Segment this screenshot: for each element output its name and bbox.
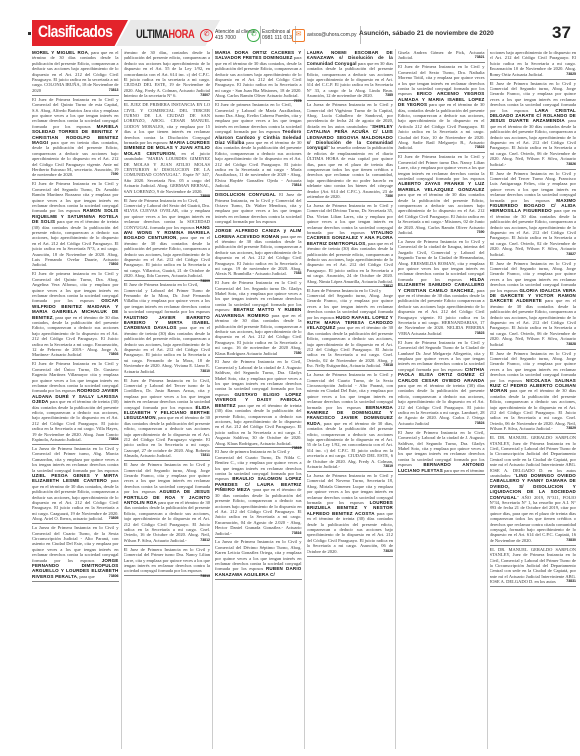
notice-body: -para que en el término de 30 días conta… [215, 487, 302, 535]
legal-notice: El Juez de Primera Instancia en lo Civil… [124, 281, 211, 376]
column-5: Gisela Andrea Gómez de Pick, Actuaria Ju… [398, 49, 488, 749]
column-2: término de 30 días, contados desde la pu… [124, 49, 214, 749]
newspaper-logo: ULTIMAHORA [136, 27, 194, 41]
notice-body: para que en el término de treinta (30) d… [215, 403, 302, 446]
notice-body: " ha resuelto ordenar la publicación de … [307, 145, 394, 199]
legal-notice: El Juez de Primera Instancia en lo Civil… [215, 358, 302, 448]
legal-notice: La Jueza de Primera Instancia en lo Civi… [398, 238, 485, 339]
notice-body: para que en el término de treinta (30) d… [32, 219, 119, 267]
bullet-mark [28, 32, 31, 35]
legal-notice: El Juez de Primera Instancia en lo Civil… [490, 260, 577, 350]
section-banner: Clasificados [32, 20, 128, 46]
legal-notice: El Juez de Primera Instancia en lo Civil… [124, 546, 211, 577]
notice-body: para que en el término de 30 días contad… [490, 388, 577, 431]
notice-code: 7385 [385, 93, 393, 98]
notice-code: 73803 [109, 352, 119, 357]
legal-notice: El Juez de Primera Instancia en lo Civil… [490, 80, 577, 170]
column-3: MARIA DORA ORTIZ CACERES Y SALVADOR FRET… [215, 49, 305, 749]
notice-body: para que en el término de 30 días, conta… [398, 102, 485, 150]
notice-body: para que en el término de 30 días contad… [490, 118, 577, 166]
section-title: Clasificados [38, 22, 112, 42]
notice-code: 73830 [566, 538, 576, 543]
notice-body: para que en el término de 30 días contad… [490, 208, 577, 256]
notice-body: para que en el término de 30 días contad… [215, 55, 302, 98]
notice-body: , para que en el término de 30 días cont… [32, 315, 119, 358]
legal-notice: EL DR. MANUEL GERALDO SARFLON STANLEY, J… [490, 434, 577, 546]
notice-body: , para que en el término de treinta (30)… [307, 241, 394, 284]
notice-intro: El Juez de Primera Instancia en lo Civil… [124, 282, 211, 314]
notice-intro: EL DR. MANUEL GERALDO SARFLON STANLEY, J… [490, 435, 577, 478]
notice-body: para que en el término [443, 468, 484, 473]
notice-code: 73824 [475, 421, 485, 426]
notice-body: Gisela Andrea Gómez de Pick, Actuaria Ju… [398, 50, 485, 60]
notice-intro: El Juez de Primera Instancia en lo Civil… [398, 154, 485, 181]
notice-body: , para que en el término de 30 días, con… [307, 421, 394, 469]
notice-body: para que en el término de 30 días contad… [490, 298, 577, 346]
notice-code: 73805 [109, 516, 119, 521]
legal-notice: El Juez de Primera Instancia en lo Civil… [215, 279, 302, 358]
legal-notice: El Juez de Primera Instancia en lo Civil… [32, 96, 119, 181]
notice-code: 73810 [200, 369, 210, 374]
legal-notice: El Juez de Primera Instancia en lo Civil… [32, 360, 119, 445]
notice-body: término de 30 días, contados desde la pu… [124, 50, 211, 98]
notice-body: para que en el término de 30 días contad… [307, 325, 394, 368]
legal-notice: La Jueza de Primera Instancia en lo Civi… [307, 202, 394, 287]
notice-code: 73821 [475, 55, 485, 60]
legal-notice: El Juez de Primera Instancia en lo Civil… [124, 197, 211, 282]
notice-intro: EL JUEZ DE PRIMERA INSTANCIA EN LO CIVIL… [124, 102, 211, 145]
notice-body: para que en treinta días contados, desde… [32, 140, 119, 177]
legal-notice: LAURA NOEMI ESCOBAR DE KANAZAWA s/ Disol… [307, 49, 394, 101]
legal-notice: término de 30 días, contados desde la pu… [124, 49, 211, 101]
legal-notice: El Juez de Primera Instancia en lo Civil… [490, 170, 577, 260]
legal-notice: El Juez de primera Instancia en lo Civil… [215, 101, 302, 191]
legal-notice: El Juez de Primera Instancia en lo Civil… [398, 339, 485, 429]
legal-notice: El Juez de Primera Instancia en lo Civil… [398, 429, 485, 476]
notice-code: 73818 [383, 363, 393, 368]
notice-body: para que en el término de treinta (30) d… [32, 399, 119, 442]
notice-body: " AÑO 2019, N°311, FOLIO N°34, Secretarí… [490, 495, 577, 543]
legal-notice: El Juez de Primera Instancia en lo Civil… [398, 153, 485, 238]
notice-code: 73817 [383, 284, 393, 289]
notice-intro: El Juez de Primera Instancia en lo Civil… [124, 547, 211, 574]
notice-code: 73831 [566, 579, 576, 584]
notice-code: 73829 [566, 426, 576, 431]
legal-notice: El Juez de Primera Instancia en lo Civil… [398, 63, 485, 153]
legal-notice: MOREL Y MIGUEL ROA, para que en el térmi… [32, 49, 119, 96]
notice-code: 73828 [566, 342, 576, 347]
page-header: Clasificados ULTIMAHORA ✆ Atención al cl… [32, 20, 580, 46]
notice-party-names: MARIA DORA ORTIZ CACERES Y SALVADOR FRET… [215, 50, 302, 60]
notice-code: 73825 [566, 72, 576, 77]
notice-code: 7378 [294, 99, 302, 104]
notice-code: 73806 [109, 574, 119, 579]
notice-body: para que en el término de treinta (30) d… [398, 383, 485, 426]
legal-notice: DISOLUCION CONYUGAL El Juez de Primera I… [215, 191, 302, 227]
notice-body: para que en el término de 30 días contad… [215, 313, 302, 356]
notice-code: 73827 [566, 252, 576, 257]
notice-code: 73819 [383, 464, 393, 469]
page-number: 37 [552, 23, 571, 43]
notice-code: 73812 [200, 538, 210, 543]
issue-date: Asunción, sábado 21 de noviembre de 2020 [359, 30, 494, 37]
contact-email: ✉ avisos@uhora.com.py [292, 26, 361, 44]
legal-notice: JORGE ALFREDO CANIZA y ALIM LORENA ACEVE… [215, 227, 302, 279]
notice-code: 73822 [475, 145, 485, 150]
notice-party-names: UZIEL PESOA GENES Y MIRTA ELIZABETH LESM… [32, 473, 119, 483]
notice-code: 73823 [475, 331, 485, 336]
classified-columns: MOREL Y MIGUEL ROA, para que en el térmi… [32, 49, 580, 749]
column-6: acciones bajo apercibimiento de lo dispu… [490, 49, 579, 749]
legal-notice: El Juez de Primera Instancia en lo Civil… [124, 377, 211, 462]
notice-code: 73808 [200, 194, 210, 199]
notice-body: para que en el término de 30 días contad… [215, 140, 302, 188]
notice-code: 73813 [109, 88, 119, 93]
legal-notice: La Jueza de Primera Instancia en lo Civi… [32, 524, 119, 582]
notice-code: 73816 [292, 531, 302, 536]
notice-body: , en el juicio caratulado: "MARIA LOURDE… [124, 151, 211, 194]
column-4: LAURA NOEMI ESCOBAR DE KANAZAWA s/ Disol… [307, 49, 397, 749]
notice-code: 73826 [566, 162, 576, 167]
notice-body: para que en el término de treinta (30) d… [307, 511, 394, 554]
notice-code: 73809 [200, 279, 210, 284]
notice-party-names: DISOLUCION CONYUGAL [215, 192, 276, 197]
notice-body: para que en el término de 30 días contad… [215, 234, 302, 277]
notice-code: 73813 [200, 574, 210, 579]
legal-notice: La Jueza de Primera Instancia en lo Civi… [307, 472, 394, 557]
notice-party-names: ALBERTO ZAYAS FRANKE Y LUZ MARIELA VELAZ… [398, 181, 485, 191]
notice-body: para que en el término de 30 días contad… [398, 192, 485, 235]
legal-notice: El Juez de primera instancia en lo Civil… [32, 270, 119, 360]
notice-body: , para que [77, 574, 95, 579]
legal-notice: El Juez de Primera Instancia en lo Civil… [32, 180, 119, 270]
notice-code: 73804 [109, 437, 119, 442]
notice-code: 7390 [111, 172, 119, 177]
notice-intro: La Jueza de Primera Instancia en lo Civi… [32, 446, 119, 473]
notice-code: 7383 [294, 271, 302, 276]
column-1: MOREL Y MIGUEL ROA, para que en el térmi… [32, 49, 122, 749]
notice-code: 7390 [477, 230, 485, 235]
notice-body: para que en el término de 30 días contad… [124, 500, 211, 543]
notice-body: acciones bajo apercibimiento de lo dispu… [490, 50, 577, 77]
legal-notice: El Juez de Primera Instancia en lo Civil… [307, 287, 394, 372]
whatsapp-icon: ✆ [247, 29, 260, 42]
legal-notice: El Juez de primera Instancia en lo Civil… [215, 448, 302, 538]
envelope-icon: ✉ [292, 29, 305, 42]
notice-body: para que en 30 días contados desde la pu… [307, 61, 394, 98]
notice-intro: La Jueza de Primera Instancia en lo Civi… [398, 239, 485, 282]
legal-notice: acciones bajo apercibimiento de lo dispu… [490, 49, 577, 80]
legal-notice: Gisela Andrea Gómez de Pick, Actuaria Ju… [398, 49, 485, 63]
notice-code: 73814 [292, 183, 302, 188]
notice-code: 73802 [109, 262, 119, 267]
notice-code: 7380 [294, 351, 302, 356]
notice-party-names: MOREL Y MIGUEL ROA [32, 50, 88, 55]
notice-code: 73811 [200, 453, 210, 458]
legal-notice: La Jueza de Primera Instancia en lo Civi… [307, 371, 394, 472]
contact-whatsapp: ✆ Escribinos al0981 111 013 [247, 26, 296, 44]
legal-notice: La Jueza de Primera Instancia en lo Civi… [32, 445, 119, 524]
notice-body: para que en el término de 30 días contad… [32, 478, 119, 521]
notice-code: 7386 [385, 194, 393, 199]
legal-notice: La Jueza de Primera Instancia en lo Civi… [215, 538, 302, 579]
notice-code: 73815 [292, 446, 302, 451]
legal-notice: EL JUEZ DE PRIMERA INSTANCIA EN LO CIVIL… [124, 101, 211, 196]
notice-body: El Juez de Primera Instancia, en lo Civi… [215, 192, 302, 224]
notice-code: 73807 [200, 93, 210, 98]
legal-notice: El Juez de Primera Instancia en lo Civil… [124, 461, 211, 546]
notice-body: , para que en el término de 30 días cont… [398, 288, 485, 336]
notice-body: , para que en el término de 30 días cont… [124, 235, 211, 278]
phone-icon: ✆ [200, 29, 213, 42]
notice-body: , para que en el término de 30 días cont… [124, 415, 211, 458]
legal-notice: El Juez de Primera Instancia en lo Civil… [490, 350, 577, 435]
legal-notice: EL DR. MANUEL GERALDO SARFLON STANLEY, J… [490, 546, 577, 587]
notice-body: , para que en el término de 30 días cont… [32, 50, 119, 93]
notice-intro: EL DR. MANUEL GERALDO SARFLON STANLEY, J… [490, 547, 577, 584]
legal-notice: La Jueza de Primera Instancia en lo Civi… [307, 101, 394, 202]
notice-body: para que en el término de treinta (30) d… [124, 325, 211, 373]
notice-code: 73820 [383, 549, 393, 554]
legal-notice: MARIA DORA ORTIZ CACERES Y SALVADOR FRET… [215, 49, 302, 101]
